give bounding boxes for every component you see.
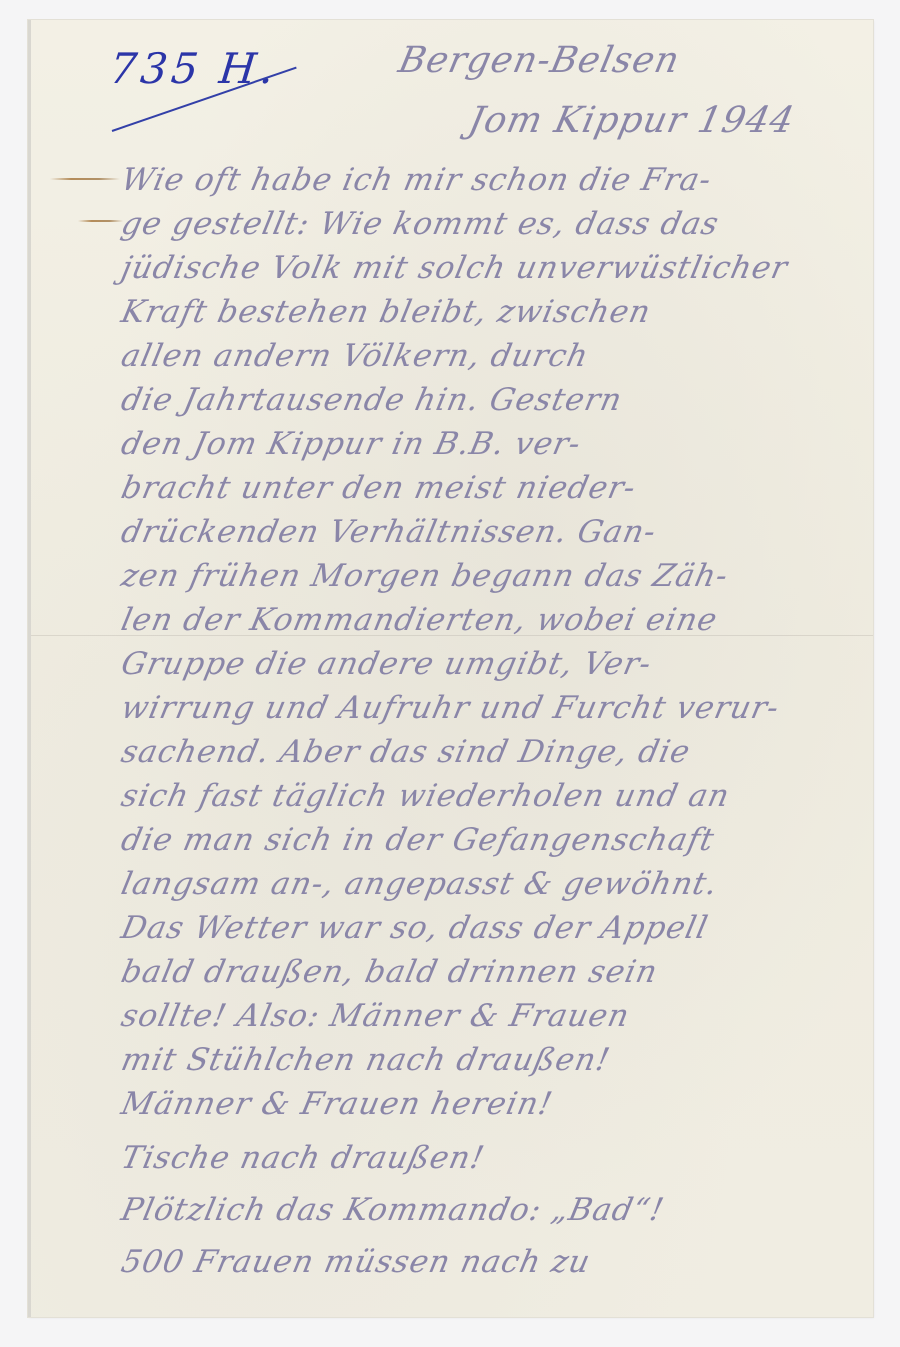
letter-date: Jom Kippur 1944 <box>465 100 798 141</box>
letter-line: bracht unter den meist nieder- <box>118 470 639 506</box>
letter-line: len der Kommandierten, wobei eine <box>118 602 721 638</box>
letter-line: Tische nach draußen! <box>118 1140 488 1176</box>
letter-line: Wie oft habe ich mir schon die Fra- <box>118 162 715 198</box>
letter-line: allen andern Völkern, durch <box>118 338 592 374</box>
letter-line: zen frühen Morgen begann das Zäh- <box>118 558 732 594</box>
letter-line: Kraft bestehen bleibt, zwischen <box>118 294 654 330</box>
letter-line: die Jahrtausende hin. Gestern <box>118 382 626 418</box>
letter-line: drückenden Verhältnissen. Gan- <box>118 514 660 550</box>
letter-line: ge gestellt: Wie kommt es, dass das <box>118 206 722 242</box>
staple-rust-mark <box>78 220 123 222</box>
letter-line: die man sich in der Gefangenschaft <box>118 822 718 858</box>
letter-line: Männer & Frauen herein! <box>118 1086 556 1122</box>
letter-line: langsam an-, angepasst & gewöhnt. <box>118 866 721 902</box>
letter-line: Plötzlich das Kommando: „Bad“! <box>118 1192 667 1228</box>
letter-line: jüdische Volk mit solch unverwüstlicher <box>118 250 791 286</box>
letter-line: sachend. Aber das sind Dinge, die <box>118 734 694 770</box>
letter-line: wirrung und Aufruhr und Furcht verur- <box>118 690 783 726</box>
staple-rust-mark <box>50 178 120 180</box>
letter-line: 500 Frauen müssen nach zu <box>118 1244 594 1280</box>
letter-line: bald draußen, bald drinnen sein <box>118 954 661 990</box>
archive-number: 735 H. <box>107 44 280 93</box>
letter-line: Gruppe die andere umgibt, Ver- <box>118 646 655 682</box>
letter-line: sollte! Also: Männer & Frauen <box>118 998 633 1034</box>
letter-line: Das Wetter war so, dass der Appell <box>118 910 711 946</box>
letter-place: Bergen-Belsen <box>395 40 684 81</box>
letter-line: den Jom Kippur in B.B. ver- <box>118 426 584 462</box>
letter-line: sich fast täglich wiederholen und an <box>118 778 733 814</box>
letter-line: mit Stühlchen nach draußen! <box>118 1042 614 1078</box>
paper-edge <box>28 20 31 1317</box>
